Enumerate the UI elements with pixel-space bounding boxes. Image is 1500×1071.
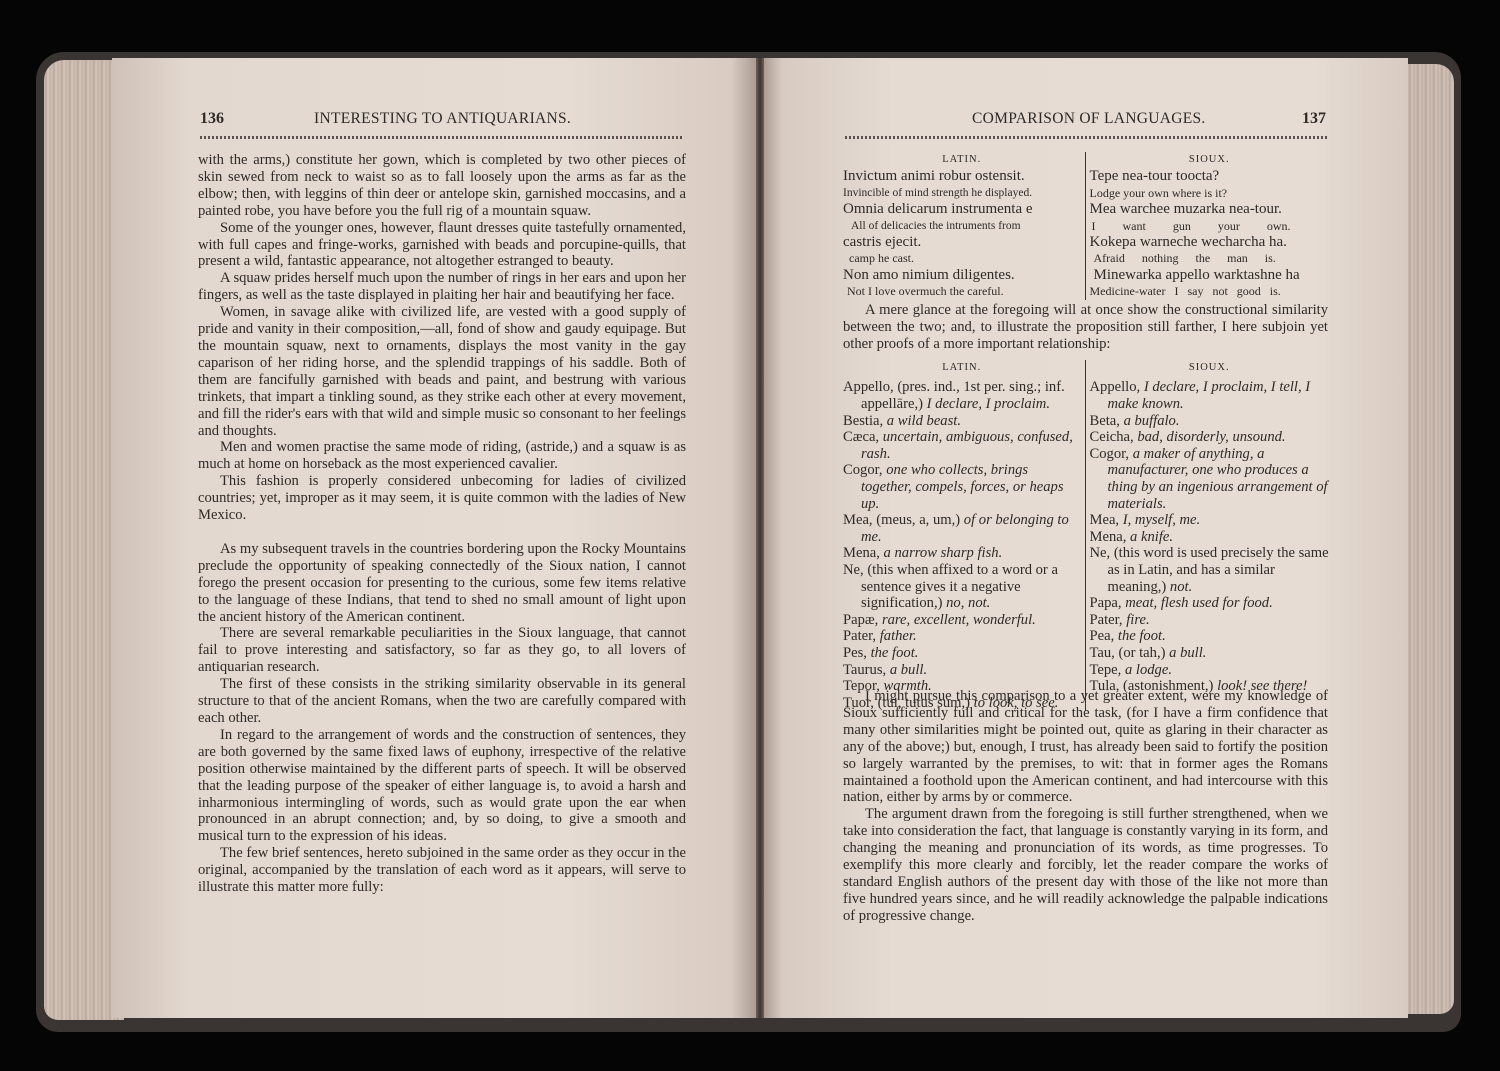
- paragraph: Men and women practise the same mode of …: [198, 439, 686, 473]
- vocab-entry: Tau, (or tah,) a bull.: [1090, 645, 1330, 662]
- paragraph: I might pursue this comparison to a yet …: [843, 688, 1328, 806]
- meaning: a lodge.: [1125, 662, 1172, 678]
- sioux-sentence: Mea warchee muzarka nea-tour.: [1090, 201, 1330, 217]
- latin-sentence: castris ejecit.: [843, 234, 1081, 250]
- meaning: bad, disorderly, unsound.: [1137, 429, 1285, 445]
- word: Mea, (meus, a, um,): [843, 512, 960, 528]
- word: Appello,: [1090, 379, 1141, 395]
- latin-column: LATIN. Invictum animi robur ostensit. In…: [843, 152, 1086, 300]
- latin-sentence: Non amo nimium diligentes.: [843, 267, 1081, 283]
- vocab-entry: Mea, (meus, a, um,) of or belonging to m…: [843, 512, 1081, 545]
- sentence-comparison-table: LATIN. Invictum animi robur ostensit. In…: [843, 152, 1329, 300]
- latin-sentence: Omnia delicarum instrumenta e: [843, 201, 1081, 217]
- vocab-entry: Cogor, one who collects, brings together…: [843, 462, 1081, 512]
- paragraph: The first of these consists in the strik…: [198, 676, 686, 727]
- vocab-entry: Ceicha, bad, disorderly, unsound.: [1090, 429, 1330, 446]
- meaning: a bull.: [1169, 645, 1206, 661]
- vocab-entry: Cogor, a maker of anything, a manufactur…: [1090, 446, 1330, 512]
- page-edges-right: [1400, 64, 1454, 1014]
- sioux-sentence: Kokepa warneche wecharcha ha.: [1090, 234, 1330, 250]
- left-page-body: with the arms,) constitute her gown, whi…: [198, 152, 686, 896]
- word: Papa,: [1090, 595, 1122, 611]
- latin-gloss: camp he cast.: [843, 250, 1081, 266]
- meaning: one who collects, brings together, compe…: [861, 462, 1064, 511]
- meaning: uncertain, ambiguous, confused, rash.: [861, 429, 1073, 462]
- word: Pater,: [1090, 612, 1123, 628]
- right-page-closing-text: I might pursue this comparison to a yet …: [843, 688, 1328, 925]
- column-header-latin: LATIN.: [843, 360, 1081, 376]
- word: Cogor,: [1090, 446, 1130, 462]
- paragraph: The argument drawn from the foregoing is…: [843, 806, 1328, 924]
- vocab-entry: Papa, meat, flesh used for food.: [1090, 595, 1330, 612]
- latin-vocab-column: LATIN. Appello, (pres. ind., 1st per. si…: [843, 360, 1086, 711]
- paragraph: with the arms,) constitute her gown, whi…: [198, 152, 686, 220]
- vocab-entry: Taurus, a bull.: [843, 662, 1081, 679]
- word: Pes,: [843, 645, 867, 661]
- latin-gloss: Not I love overmuch the careful.: [843, 283, 1081, 299]
- meaning: no, not.: [946, 595, 990, 611]
- meaning: meat, flesh used for food.: [1125, 595, 1273, 611]
- vocab-entry: Appello, I declare, I proclaim, I tell, …: [1090, 379, 1330, 412]
- word: Pater,: [843, 628, 876, 644]
- book-gutter: [756, 58, 764, 1018]
- sioux-gloss: Lodge your own where is it?: [1090, 185, 1330, 201]
- vocab-entry: Mena, a narrow sharp fish.: [843, 545, 1081, 562]
- sioux-gloss: Medicine-water I say not good is.: [1090, 283, 1330, 299]
- meaning: a maker of anything, a manufacturer, one…: [1108, 446, 1328, 512]
- meaning: father.: [880, 628, 917, 644]
- vocab-entry: Beta, a buffalo.: [1090, 413, 1330, 430]
- meaning: I, myself, me.: [1123, 512, 1200, 528]
- word: Beta,: [1090, 413, 1120, 429]
- vocab-entry: Mea, I, myself, me.: [1090, 512, 1330, 529]
- vocab-entry: Pater, father.: [843, 628, 1081, 645]
- vocab-entry: Pater, fire.: [1090, 612, 1330, 629]
- meaning: not.: [1170, 579, 1192, 595]
- vocab-entry: Ne, (this word is used precisely the sam…: [1090, 545, 1330, 595]
- right-page-mid-paragraph: A mere glance at the foregoing will at o…: [843, 302, 1328, 353]
- latin-gloss: Invincible of mind strength he displayed…: [843, 185, 1081, 201]
- paragraph: Some of the younger ones, however, flaun…: [198, 220, 686, 271]
- word: Mena,: [1090, 529, 1127, 545]
- paragraph: This fashion is properly considered unbe…: [198, 473, 686, 524]
- vocab-entry: Tepe, a lodge.: [1090, 662, 1330, 679]
- vocab-entry: Cæca, uncertain, ambiguous, confused, ra…: [843, 429, 1081, 462]
- vocab-entry: Appello, (pres. ind., 1st per. sing.; in…: [843, 379, 1081, 412]
- page-number-right: 137: [1302, 110, 1326, 128]
- vocab-entry: Pea, the foot.: [1090, 628, 1330, 645]
- meaning: the foot.: [871, 645, 919, 661]
- vocab-entry: Pes, the foot.: [843, 645, 1081, 662]
- word: Papæ,: [843, 612, 878, 628]
- column-header-latin: LATIN.: [843, 152, 1081, 168]
- word: Ceicha,: [1090, 429, 1134, 445]
- vocab-entry: Mena, a knife.: [1090, 529, 1330, 546]
- vocabulary-comparison-table: LATIN. Appello, (pres. ind., 1st per. si…: [843, 360, 1329, 711]
- paragraph: There are several remarkable peculiariti…: [198, 625, 686, 676]
- running-head-right: COMPARISON OF LANGUAGES.: [972, 110, 1206, 128]
- word: Cæca,: [843, 429, 879, 445]
- paragraph: As my subsequent travels in the countrie…: [198, 541, 686, 626]
- meaning: the foot.: [1118, 628, 1166, 644]
- word: Cogor,: [843, 462, 883, 478]
- paragraph: A mere glance at the foregoing will at o…: [843, 302, 1328, 353]
- word: Bestia,: [843, 413, 883, 429]
- meaning: a knife.: [1130, 529, 1173, 545]
- paragraph: A squaw prides herself much upon the num…: [198, 270, 686, 304]
- sioux-gloss: Afraid nothing the man is.: [1090, 250, 1330, 266]
- column-header-sioux: SIOUX.: [1090, 152, 1330, 168]
- sioux-vocab-column: SIOUX. Appello, I declare, I proclaim, I…: [1086, 360, 1330, 711]
- paragraph: In regard to the arrangement of words an…: [198, 727, 686, 845]
- meaning: a buffalo.: [1124, 413, 1180, 429]
- latin-sentence: Invictum animi robur ostensit.: [843, 168, 1081, 184]
- sioux-sentence: Minewarka appello warktashne ha: [1090, 267, 1330, 283]
- sioux-column: SIOUX. Tepe nea-tour toocta? Lodge your …: [1086, 152, 1330, 300]
- meaning: rare, excellent, wonderful.: [882, 612, 1036, 628]
- vocab-entry: Ne, (this when affixed to a word or a se…: [843, 562, 1081, 612]
- sioux-gloss: I want gun your own.: [1090, 218, 1330, 234]
- running-head-left: INTERESTING TO ANTIQUARIANS.: [314, 110, 571, 128]
- word: Ne, (this word is used precisely the sam…: [1090, 545, 1329, 594]
- meaning: a bull.: [890, 662, 927, 678]
- meaning: I declare, I proclaim.: [927, 396, 1050, 412]
- sioux-sentence: Tepe nea-tour toocta?: [1090, 168, 1330, 184]
- page-number-left: 136: [200, 110, 224, 128]
- word: Pea,: [1090, 628, 1115, 644]
- vocab-entry: Papæ, rare, excellent, wonderful.: [843, 612, 1081, 629]
- header-rule-right: [845, 136, 1327, 139]
- word: Mea,: [1090, 512, 1120, 528]
- vocab-entry: Bestia, a wild beast.: [843, 413, 1081, 430]
- column-header-sioux: SIOUX.: [1090, 360, 1330, 376]
- word: Tepe,: [1090, 662, 1122, 678]
- meaning: fire.: [1126, 612, 1149, 628]
- meaning: a narrow sharp fish.: [884, 545, 1003, 561]
- word: Taurus,: [843, 662, 886, 678]
- paragraph: The few brief sentences, hereto subjoine…: [198, 845, 686, 896]
- latin-gloss: All of delicacies the intruments from: [843, 218, 1081, 234]
- meaning: a wild beast.: [887, 413, 961, 429]
- paragraph: Women, in savage alike with civilized li…: [198, 304, 686, 439]
- header-rule-left: [200, 136, 682, 139]
- word: Tau, (or tah,): [1090, 645, 1166, 661]
- word: Mena,: [843, 545, 880, 561]
